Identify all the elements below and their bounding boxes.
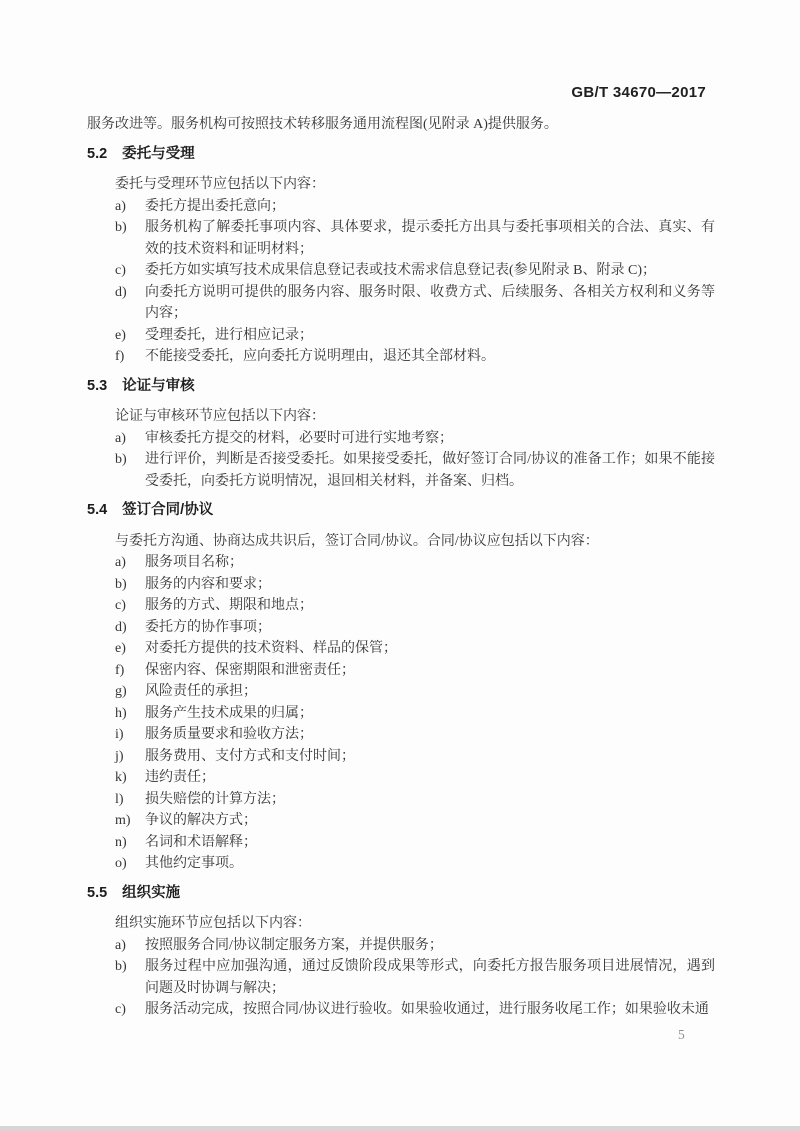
list-item-text: 争议的解决方式； — [145, 810, 715, 832]
list-item-label: b) — [115, 574, 145, 596]
section-intro: 组织实施环节应包括以下内容： — [87, 913, 715, 935]
standard-number-header: GB/T 34670—2017 — [571, 84, 706, 101]
list-item: b)服务过程中应加强沟通，通过反馈阶段成果等形式，向委托方报告服务项目进展情况，… — [87, 956, 715, 999]
list-item: h)服务产生技术成果的归属； — [87, 703, 715, 725]
section-title: 论证与审核 — [122, 378, 195, 394]
section-heading: 5.2委托与受理 — [87, 144, 715, 166]
list-item-label: b) — [115, 217, 145, 239]
section-list: a)按照服务合同/协议制定服务方案，并提供服务；b)服务过程中应加强沟通，通过反… — [87, 935, 715, 1021]
list-item-label: k) — [115, 767, 145, 789]
list-item-label: a) — [115, 552, 145, 574]
section-title: 委托与受理 — [122, 146, 195, 162]
list-item-label: c) — [115, 999, 145, 1021]
list-item-text: 违约责任； — [145, 767, 715, 789]
list-item: k)违约责任； — [87, 767, 715, 789]
list-item-text: 其他约定事项。 — [145, 853, 715, 875]
list-item-label: m) — [115, 810, 145, 832]
list-item: m)争议的解决方式； — [87, 810, 715, 832]
section-number: 5.4 — [87, 502, 107, 518]
list-item-text: 委托方如实填写技术成果信息登记表或技术需求信息登记表(参见附录 B、附录 C)； — [145, 260, 715, 282]
list-item: c)服务活动完成，按照合同/协议进行验收。如果验收通过，进行服务收尾工作；如果验… — [87, 999, 715, 1021]
list-item-label: d) — [115, 617, 145, 639]
list-item-label: c) — [115, 260, 145, 282]
list-item: a)服务项目名称； — [87, 552, 715, 574]
list-item: a)按照服务合同/协议制定服务方案，并提供服务； — [87, 935, 715, 957]
list-item-text: 服务过程中应加强沟通，通过反馈阶段成果等形式，向委托方报告服务项目进展情况，遇到… — [145, 956, 715, 999]
list-item-text: 服务费用、支付方式和支付时间； — [145, 746, 715, 768]
list-item-text: 受理委托，进行相应记录； — [145, 325, 715, 347]
list-item-label: c) — [115, 595, 145, 617]
list-item: i)服务质量要求和验收方法； — [87, 724, 715, 746]
list-item: o)其他约定事项。 — [87, 853, 715, 875]
list-item-label: f) — [115, 660, 145, 682]
section-heading: 5.5组织实施 — [87, 883, 715, 905]
continuation-paragraph: 服务改进等。服务机构可按照技术转移服务通用流程图(见附录 A)提供服务。 — [87, 114, 715, 136]
list-item-label: i) — [115, 724, 145, 746]
list-item-label: j) — [115, 746, 145, 768]
list-item-label: d) — [115, 282, 145, 304]
list-item-text: 服务产生技术成果的归属； — [145, 703, 715, 725]
list-item-text: 服务的方式、期限和地点； — [145, 595, 715, 617]
list-item-label: b) — [115, 449, 145, 471]
page-number: 5 — [678, 1027, 685, 1043]
list-item: a)审核委托方提交的材料，必要时可进行实地考察； — [87, 428, 715, 450]
list-item-label: b) — [115, 956, 145, 978]
list-item: g)风险责任的承担； — [87, 681, 715, 703]
list-item-text: 风险责任的承担； — [145, 681, 715, 703]
section-list: a)审核委托方提交的材料，必要时可进行实地考察；b)进行评价，判断是否接受委托。… — [87, 428, 715, 493]
list-item-text: 服务的内容和要求； — [145, 574, 715, 596]
list-item: c)服务的方式、期限和地点； — [87, 595, 715, 617]
section-title: 签订合同/协议 — [122, 502, 213, 518]
sections-container: 5.2委托与受理委托与受理环节应包括以下内容：a)委托方提出委托意向；b)服务机… — [87, 144, 715, 1021]
list-item-label: g) — [115, 681, 145, 703]
list-item-text: 进行评价，判断是否接受委托。如果接受委托，做好签订合同/协议的准备工作；如果不能… — [145, 449, 715, 492]
document-body: 服务改进等。服务机构可按照技术转移服务通用流程图(见附录 A)提供服务。 5.2… — [87, 114, 715, 1021]
list-item: e)对委托方提供的技术资料、样品的保管； — [87, 638, 715, 660]
list-item: l)损失赔偿的计算方法； — [87, 789, 715, 811]
list-item-text: 委托方的协作事项； — [145, 617, 715, 639]
list-item-text: 名词和术语解释； — [145, 832, 715, 854]
list-item: f)不能接受委托，应向委托方说明理由，退还其全部材料。 — [87, 346, 715, 368]
list-item-text: 服务活动完成，按照合同/协议进行验收。如果验收通过，进行服务收尾工作；如果验收未… — [145, 999, 715, 1021]
list-item-text: 委托方提出委托意向； — [145, 196, 715, 218]
list-item-text: 对委托方提供的技术资料、样品的保管； — [145, 638, 715, 660]
list-item: d)向委托方说明可提供的服务内容、服务时限、收费方式、后续服务、各相关方权利和义… — [87, 282, 715, 325]
section-number: 5.2 — [87, 146, 107, 162]
list-item: d)委托方的协作事项； — [87, 617, 715, 639]
list-item: n)名词和术语解释； — [87, 832, 715, 854]
list-item-label: f) — [115, 346, 145, 368]
list-item-label: e) — [115, 638, 145, 660]
list-item-label: a) — [115, 196, 145, 218]
list-item-label: l) — [115, 789, 145, 811]
section-number: 5.3 — [87, 378, 107, 394]
section-intro: 论证与审核环节应包括以下内容： — [87, 406, 715, 428]
list-item-label: n) — [115, 832, 145, 854]
list-item: a)委托方提出委托意向； — [87, 196, 715, 218]
list-item-text: 保密内容、保密期限和泄密责任； — [145, 660, 715, 682]
list-item-text: 审核委托方提交的材料，必要时可进行实地考察； — [145, 428, 715, 450]
section-list: a)服务项目名称；b)服务的内容和要求；c)服务的方式、期限和地点；d)委托方的… — [87, 552, 715, 875]
list-item-label: o) — [115, 853, 145, 875]
list-item-label: a) — [115, 935, 145, 957]
list-item-label: e) — [115, 325, 145, 347]
section-heading: 5.3论证与审核 — [87, 376, 715, 398]
list-item-label: h) — [115, 703, 145, 725]
list-item-text: 向委托方说明可提供的服务内容、服务时限、收费方式、后续服务、各相关方权利和义务等… — [145, 282, 715, 325]
list-item: f)保密内容、保密期限和泄密责任； — [87, 660, 715, 682]
section-title: 组织实施 — [122, 885, 180, 901]
list-item: c)委托方如实填写技术成果信息登记表或技术需求信息登记表(参见附录 B、附录 C… — [87, 260, 715, 282]
list-item-text: 损失赔偿的计算方法； — [145, 789, 715, 811]
list-item-text: 服务项目名称； — [145, 552, 715, 574]
section-number: 5.5 — [87, 885, 107, 901]
list-item-text: 按照服务合同/协议制定服务方案，并提供服务； — [145, 935, 715, 957]
list-item-text: 服务机构了解委托事项内容、具体要求，提示委托方出具与委托事项相关的合法、真实、有… — [145, 217, 715, 260]
list-item: b)进行评价，判断是否接受委托。如果接受委托，做好签订合同/协议的准备工作；如果… — [87, 449, 715, 492]
section-heading: 5.4签订合同/协议 — [87, 500, 715, 522]
list-item: j)服务费用、支付方式和支付时间； — [87, 746, 715, 768]
section-intro: 与委托方沟通、协商达成共识后，签订合同/协议。合同/协议应包括以下内容： — [87, 531, 715, 553]
list-item: e)受理委托，进行相应记录； — [87, 325, 715, 347]
list-item-text: 服务质量要求和验收方法； — [145, 724, 715, 746]
list-item: b)服务机构了解委托事项内容、具体要求，提示委托方出具与委托事项相关的合法、真实… — [87, 217, 715, 260]
page-bottom-edge-shadow — [0, 1126, 800, 1131]
document-page: GB/T 34670—2017 服务改进等。服务机构可按照技术转移服务通用流程图… — [0, 0, 800, 1131]
section-list: a)委托方提出委托意向；b)服务机构了解委托事项内容、具体要求，提示委托方出具与… — [87, 196, 715, 368]
list-item-label: a) — [115, 428, 145, 450]
list-item-text: 不能接受委托，应向委托方说明理由，退还其全部材料。 — [145, 346, 715, 368]
section-intro: 委托与受理环节应包括以下内容： — [87, 174, 715, 196]
list-item: b)服务的内容和要求； — [87, 574, 715, 596]
